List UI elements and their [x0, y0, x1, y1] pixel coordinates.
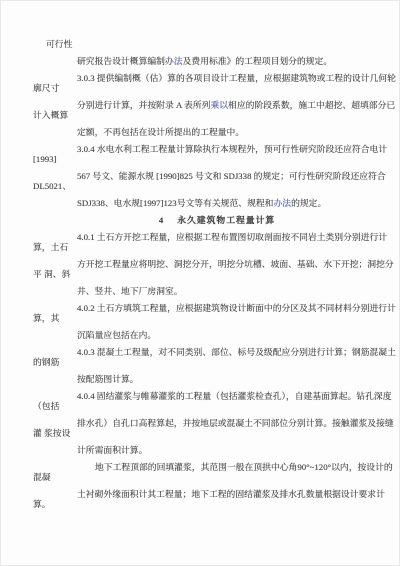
text-line: 算，土石 [32, 242, 372, 252]
text-line: 灌 浆按设 [32, 428, 372, 438]
text-line: 3.0.3 提供编制概（估）算的各项目设计工程量，应根据建筑物或工程的设计几何轮 [32, 73, 372, 83]
paragraph: 4.0.1 土石方开挖工程量，应根据工程布置图切取剖面按不同岩土类别分别进行计算… [32, 232, 372, 252]
text-line: 4 永久建筑物工程量计算 [32, 215, 372, 225]
highlighted-text: 办法 [273, 198, 291, 208]
paragraph: 定额，不再包括在设计所提出的工程量中。 [32, 127, 372, 137]
text-line: 混凝 [32, 472, 372, 482]
paragraph: 方开挖工程量应将明挖、洞挖分开，明挖分坑槽、坡面、基础、水下开挖；洞挖分平 洞、… [32, 259, 372, 279]
text-line: 的钢筋 [32, 357, 372, 367]
paragraph: 4.0.4 固结灌浆与帷幕灌浆的工程量（包括灌浆检查孔），自建基面算起。钻孔深度… [32, 391, 372, 411]
paragraph: 4.0.3 混凝土工程量，对不同类别、部位、标号及级配应分别进行计算；钢筋混凝土… [32, 347, 372, 367]
text-line: 研究报告设计概算编制办法及费用标准》的工程项目划分的规定。 [32, 56, 372, 66]
text-line: SDJ338、电水规[1997]123号文等有关规范、规程和办法的规定。 [32, 198, 372, 208]
paragraph: 研究报告设计概算编制办法及费用标准》的工程项目划分的规定。 [32, 56, 372, 66]
text-line: 算，其 [32, 313, 372, 323]
text-line: 分别进行计算，并按附录 A 表所列乘以相应的阶段系数，施工中超挖、超填部分已 [32, 100, 372, 110]
document-page: 可行性研究报告设计概算编制办法及费用标准》的工程项目划分的规定。3.0.3 提供… [0, 0, 400, 566]
paragraph: 3.0.3 提供编制概（估）算的各项目设计工程量，应根据建筑物或工程的设计几何轮… [32, 73, 372, 93]
paragraph: 排水孔）自孔口高程算起，并按地层或混凝土不同部位分别计算。接触灌浆及接缝灌 浆按… [32, 418, 372, 438]
text-line: 4.0.1 土石方开挖工程量，应根据工程布置图切取剖面按不同岩土类别分别进行计 [32, 232, 372, 242]
text-line: 算。 [32, 499, 372, 509]
text-line: 廓尺寸 [32, 83, 372, 93]
text-line: 定额，不再包括在设计所提出的工程量中。 [32, 127, 372, 137]
text-line: [1993] [32, 154, 372, 164]
text-line: 按配筋图计算。 [32, 374, 372, 384]
text-line: 平 洞、斜 [32, 269, 372, 279]
text-line: 土衬砌外缘面积计其工程量；地下工程的固结灌浆及排水孔数量根据设计要求计 [32, 489, 372, 499]
paragraph: 沉陷量应包括在内。 [32, 330, 372, 340]
text-line: 沉陷量应包括在内。 [32, 330, 372, 340]
text-line: 计所需面积计算。 [32, 445, 372, 455]
paragraph: 4.0.2 土石方填筑工程量，应根据建筑物设计断面中的分区及其不同材料分别进行计… [32, 303, 372, 323]
section-heading: 4 永久建筑物工程量计算 [32, 215, 372, 225]
text-line: 方开挖工程量应将明挖、洞挖分开，明挖分坑槽、坡面、基础、水下开挖；洞挖分 [32, 259, 372, 269]
text-line: 4.0.4 固结灌浆与帷幕灌浆的工程量（包括灌浆检查孔），自建基面算起。钻孔深度 [32, 391, 372, 401]
paragraph: SDJ338、电水规[1997]123号文等有关规范、规程和办法的规定。 [32, 198, 372, 208]
text-line: （包括 [32, 401, 372, 411]
text-line: 可行性 [32, 39, 372, 49]
paragraph: 可行性 [32, 39, 372, 49]
text-line: 排水孔）自孔口高程算起，并按地层或混凝土不同部位分别计算。接触灌浆及接缝 [32, 418, 372, 428]
text-line: DL5021、 [32, 181, 372, 191]
text-line: 计入概算 [32, 110, 372, 120]
highlighted-text: 法 [174, 56, 183, 66]
paragraph: 567 号文、能源水规 [1990]825 号文和 SDJ338 的规定；可行性… [32, 171, 372, 191]
text-line: 4.0.3 混凝土工程量，对不同类别、部位、标号及级配应分别进行计算；钢筋混凝土 [32, 347, 372, 357]
text-line: 4.0.2 土石方填筑工程量，应根据建筑物设计断面中的分区及其不同材料分别进行计 [32, 303, 372, 313]
paragraph: 井、竖井、地下厂房洞室。 [32, 286, 372, 296]
text-line: 567 号文、能源水规 [1990]825 号文和 SDJ338 的规定；可行性… [32, 171, 372, 181]
text-line: 地下工程顶部的回填灌浆，其范围一般在顶拱中心角90°~120°以内，按设计的 [32, 462, 372, 472]
highlighted-text: 乘以 [210, 100, 228, 110]
paragraph: 按配筋图计算。 [32, 374, 372, 384]
paragraph: 地下工程顶部的回填灌浆，其范围一般在顶拱中心角90°~120°以内，按设计的混凝 [32, 462, 372, 482]
text-line: 3.0.4 水电水利工程工程量计算除执行本规程外，预可行性研究阶段还应符合电计 [32, 144, 372, 154]
paragraph: 计所需面积计算。 [32, 445, 372, 455]
paragraph: 分别进行计算，并按附录 A 表所列乘以相应的阶段系数，施工中超挖、超填部分已计入… [32, 100, 372, 120]
document-body: 可行性研究报告设计概算编制办法及费用标准》的工程项目划分的规定。3.0.3 提供… [32, 39, 372, 509]
paragraph: 土衬砌外缘面积计其工程量；地下工程的固结灌浆及排水孔数量根据设计要求计算。 [32, 489, 372, 509]
text-line: 井、竖井、地下厂房洞室。 [32, 286, 372, 296]
paragraph: 3.0.4 水电水利工程工程量计算除执行本规程外，预可行性研究阶段还应符合电计[… [32, 144, 372, 164]
